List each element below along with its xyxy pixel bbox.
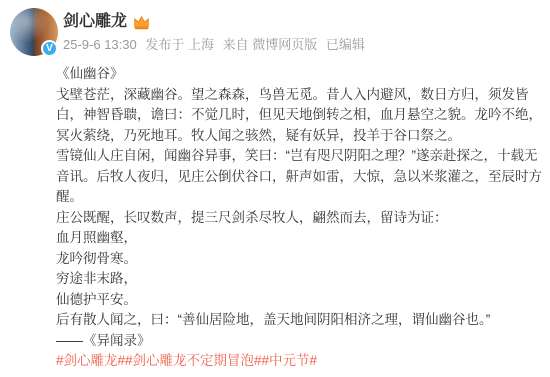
member-crown-icon[interactable] — [133, 14, 150, 31]
weibo-post-card: V 剑心雕龙 25-9-6 13:30 发布于 上海 来自 微博网页版 已编辑 … — [0, 0, 550, 377]
content-line: ——《异闻录》 — [56, 331, 550, 352]
content-line: 冥火萦绕，乃死地耳。牧人闻之骇然，疑有妖异，投羊于谷口祭之。 — [56, 126, 550, 147]
content-line: 穷途非末路， — [56, 269, 550, 290]
post-location: 发布于 上海 — [145, 37, 214, 52]
post-meta[interactable]: 25-9-6 13:30 发布于 上海 来自 微博网页版 已编辑 — [63, 36, 370, 53]
content-line: 白，神智昏聩，谵曰：不觉几时，但见天地倒转之相，血月悬空之貌。龙吟不绝， — [56, 105, 550, 126]
content-lines: 《仙幽谷》戈壁苍茫，深藏幽谷。望之森森，鸟兽无觅。昔人入内避风，数日方归，须发皆… — [56, 64, 550, 351]
verified-v-icon: V — [41, 40, 58, 57]
username[interactable]: 剑心雕龙 — [63, 11, 127, 33]
hashtag-links[interactable]: #剑心雕龙##剑心雕龙不定期冒泡##中元节# — [56, 351, 550, 372]
content-line: 音讯。后牧人夜归，见庄公倒伏谷口，鼾声如雷，大惊，急以米浆灌之，至辰时方 — [56, 167, 550, 188]
content-line: 戈壁苍茫，深藏幽谷。望之森森，鸟兽无觅。昔人入内避风，数日方归，须发皆 — [56, 85, 550, 106]
post-time[interactable]: 25-9-6 13:30 — [63, 37, 137, 52]
post-content: 《仙幽谷》戈壁苍茫，深藏幽谷。望之森森，鸟兽无觅。昔人入内避风，数日方归，须发皆… — [56, 64, 550, 372]
content-line: 醒。 — [56, 187, 550, 208]
content-line: 后有散人闻之，曰：“善仙居险地，盖天地间阴阳相济之理，谓仙幽谷也。” — [56, 310, 550, 331]
post-source[interactable]: 来自 微博网页版 — [223, 37, 318, 52]
content-line: 庄公既醒，长叹数声，提三尺剑杀尽牧人，翩然而去，留诗为证： — [56, 208, 550, 229]
content-line: 《仙幽谷》 — [56, 64, 550, 85]
content-line: 仙德护平安。 — [56, 290, 550, 311]
verified-v-letter: V — [46, 43, 53, 54]
content-line: 血月照幽壑， — [56, 228, 550, 249]
content-line: 雪镜仙人庄自闲，闻幽谷异事，笑曰：“岂有咫尺阴阳之理？”遂亲赴探之，十载无 — [56, 146, 550, 167]
username-row: 剑心雕龙 — [63, 11, 150, 33]
post-edited-flag[interactable]: 已编辑 — [326, 37, 365, 52]
content-line: 龙吟彻骨寒。 — [56, 249, 550, 270]
